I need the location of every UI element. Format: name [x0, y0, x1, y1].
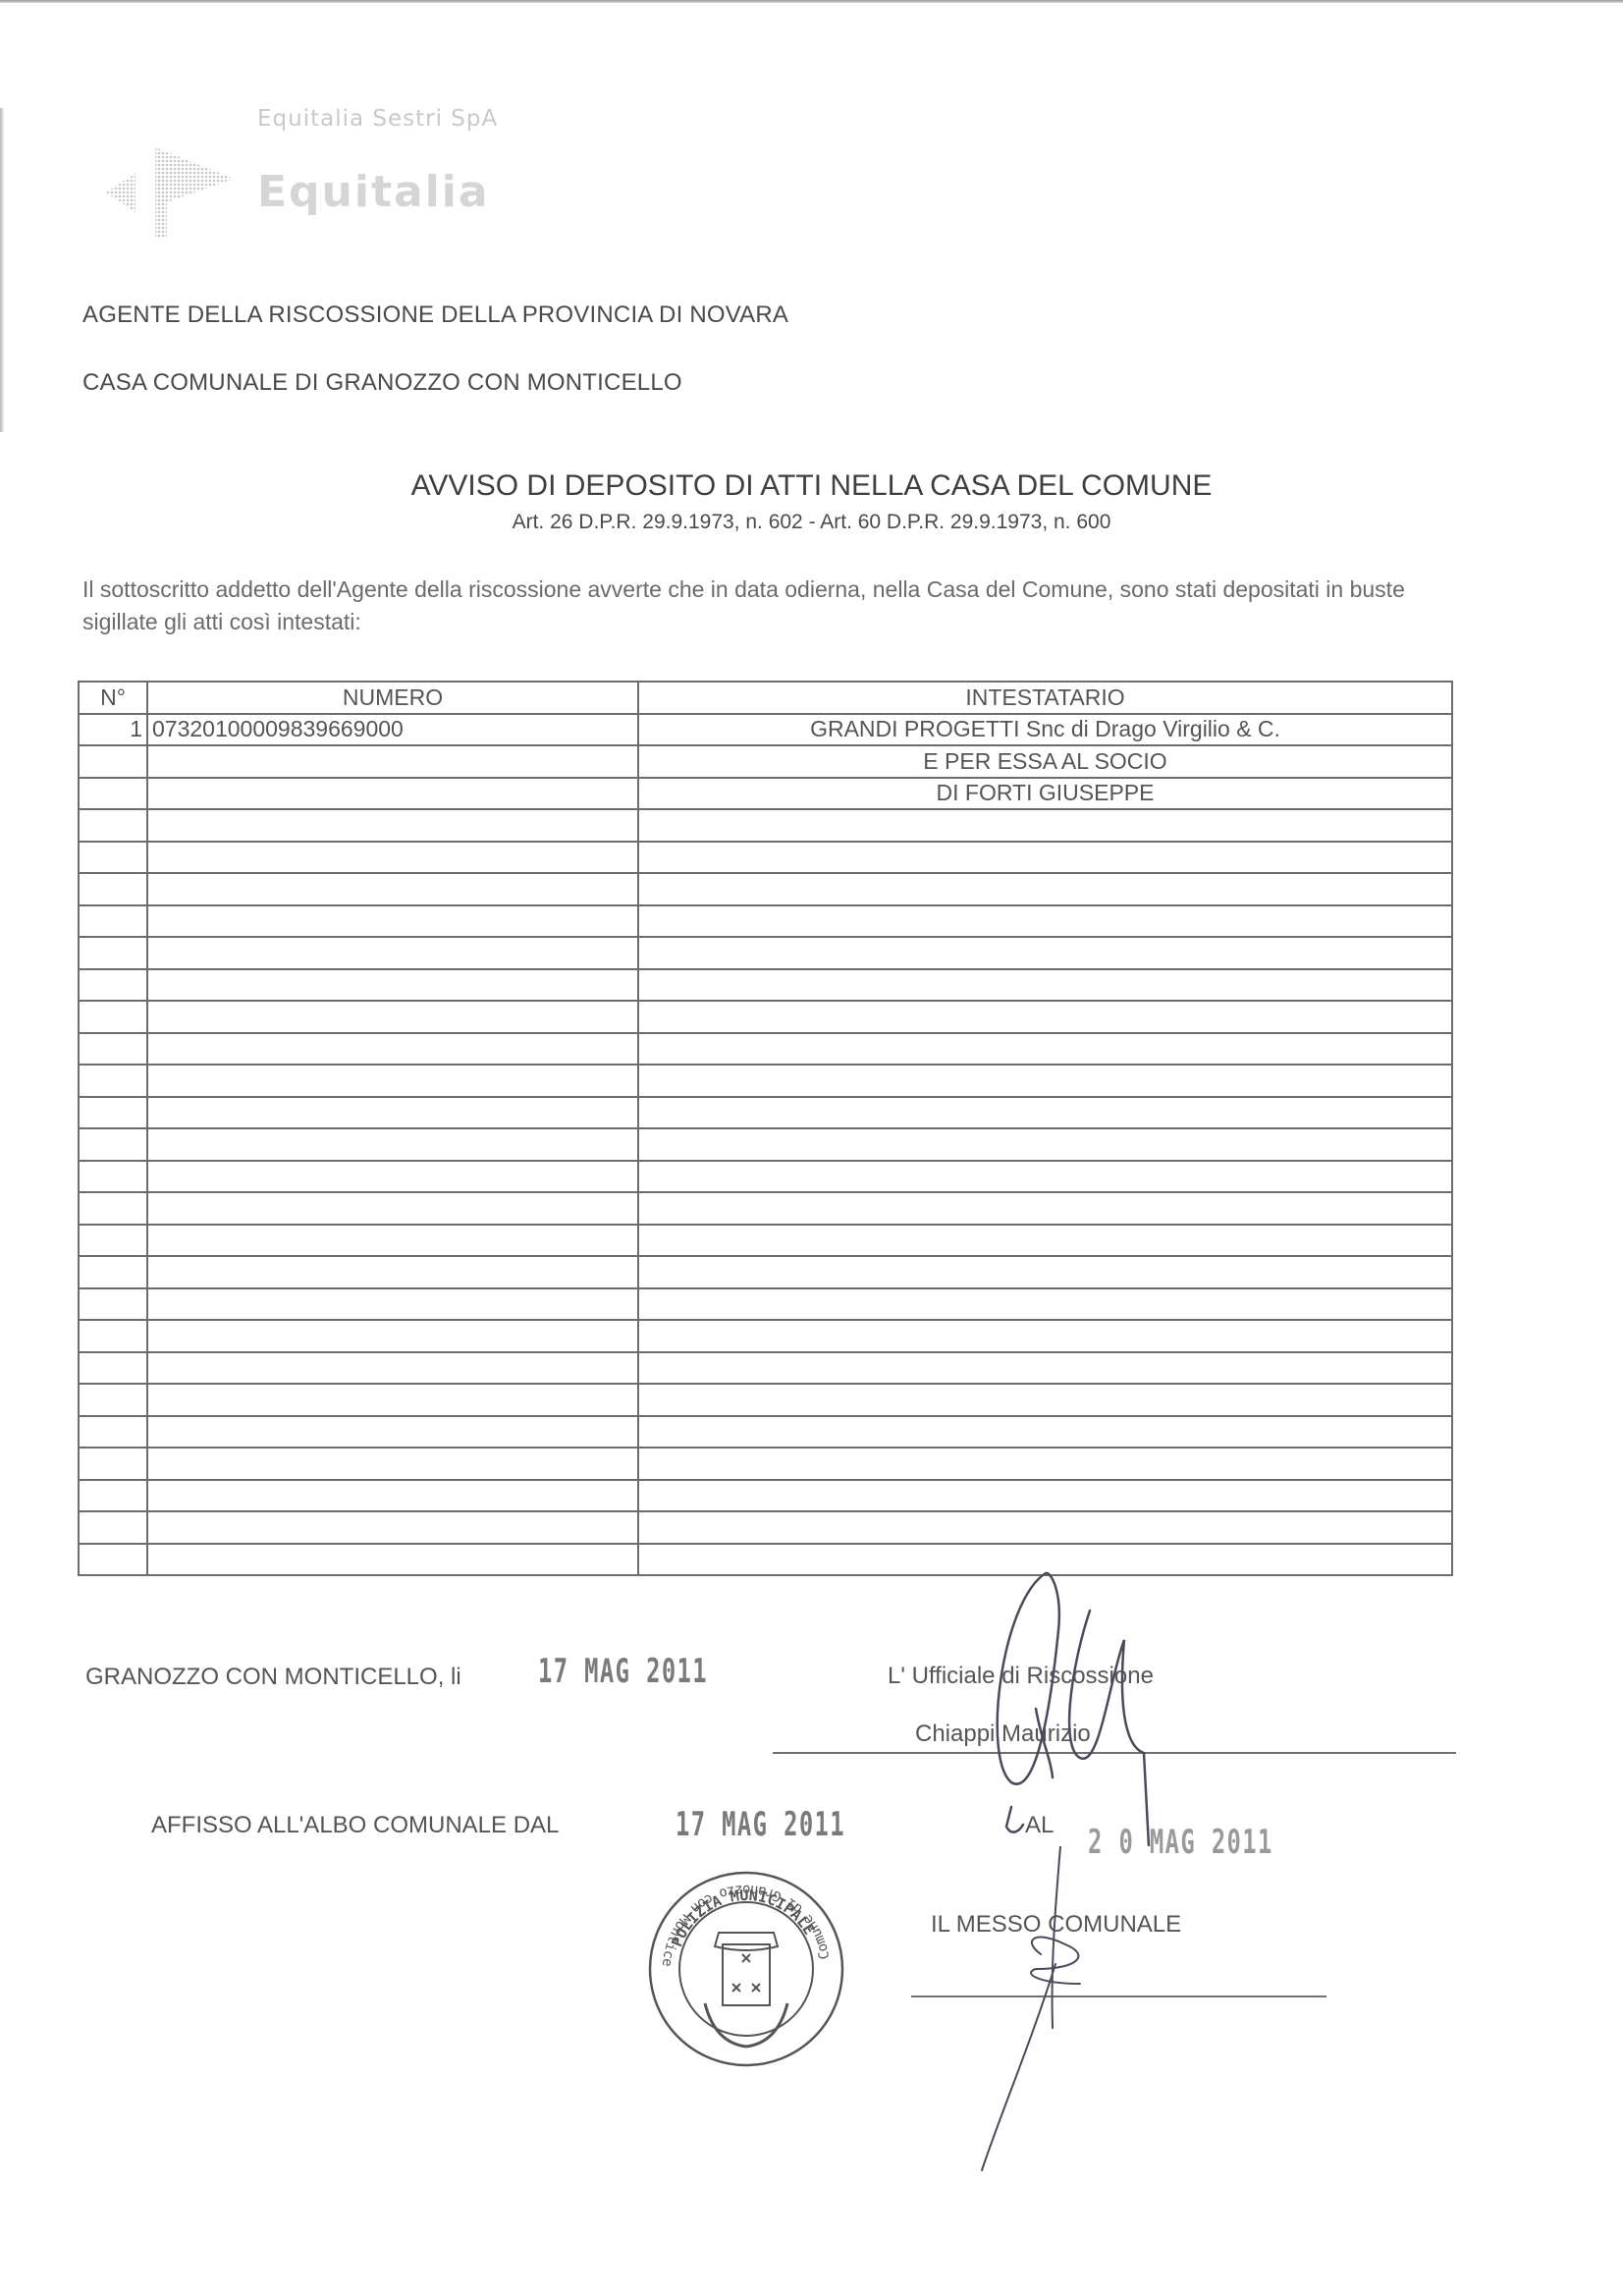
cell-intestatario	[638, 1416, 1452, 1449]
table-row	[79, 1192, 1452, 1225]
table-row	[79, 1544, 1452, 1576]
cell-numero	[147, 1128, 638, 1161]
cell-numero	[147, 842, 638, 874]
cell-intestatario: GRANDI PROGETTI Snc di Drago Virgilio & …	[638, 714, 1452, 746]
cell-n	[79, 1001, 147, 1033]
house-heading: CASA COMUNALE DI GRANOZZO CON MONTICELLO	[82, 369, 682, 397]
cell-n	[79, 873, 147, 905]
cell-numero	[147, 873, 638, 905]
seal-bottom-text: POLIZIA MUNICIPALE	[668, 1886, 818, 1949]
cell-intestatario	[638, 1033, 1452, 1066]
cell-intestatario	[638, 1352, 1452, 1385]
cell-intestatario: DI FORTI GIUSEPPE	[638, 778, 1452, 810]
posted-label: AFFISSO ALL'ALBO COMUNALE DAL	[151, 1812, 559, 1839]
cell-numero	[147, 905, 638, 938]
table-row	[79, 1065, 1452, 1097]
table-row	[79, 1161, 1452, 1193]
cell-n	[79, 1161, 147, 1193]
cell-numero	[147, 1416, 638, 1449]
table-header-row: N° NUMERO INTESTATARIO	[79, 682, 1452, 714]
messenger-handwritten-signature-icon	[943, 1846, 1139, 2180]
cell-numero	[147, 1161, 638, 1193]
cell-numero	[147, 1384, 638, 1416]
cell-numero: 07320100009839669000	[147, 714, 638, 746]
col-header-numero: NUMERO	[147, 682, 638, 714]
col-header-n: N°	[79, 682, 147, 714]
cell-numero	[147, 969, 638, 1002]
cell-intestatario	[638, 1384, 1452, 1416]
posted-from-stamp: 17 MAG 2011	[676, 1805, 845, 1844]
cell-intestatario	[638, 809, 1452, 842]
cell-intestatario: E PER ESSA AL SOCIO	[638, 745, 1452, 778]
cell-n	[79, 1448, 147, 1480]
cell-numero	[147, 1256, 638, 1288]
cell-intestatario	[638, 1288, 1452, 1321]
cell-intestatario	[638, 1256, 1452, 1288]
cell-numero	[147, 778, 638, 810]
brand-name: Equitalia	[257, 167, 490, 217]
cell-numero	[147, 1352, 638, 1385]
cell-numero	[147, 1225, 638, 1257]
cell-intestatario	[638, 1448, 1452, 1480]
document-title: AVVISO DI DEPOSITO DI ATTI NELLA CASA DE…	[0, 469, 1623, 503]
cell-numero	[147, 937, 638, 969]
table-row	[79, 809, 1452, 842]
cell-n	[79, 1384, 147, 1416]
table-row	[79, 937, 1452, 969]
cell-intestatario	[638, 1320, 1452, 1352]
table-row	[79, 1033, 1452, 1066]
cell-intestatario	[638, 842, 1452, 874]
table-row	[79, 1384, 1452, 1416]
table-row	[79, 1128, 1452, 1161]
cell-intestatario	[638, 1511, 1452, 1544]
cell-intestatario	[638, 1161, 1452, 1193]
table-row	[79, 1448, 1452, 1480]
cell-numero	[147, 1320, 638, 1352]
scan-left-edge	[0, 108, 4, 432]
municipal-seal-icon: Comune di Granozzo con Monticello (No) P…	[619, 1866, 874, 2072]
cell-n	[79, 778, 147, 810]
cell-intestatario	[638, 1097, 1452, 1129]
cell-n	[79, 969, 147, 1002]
cell-numero	[147, 1288, 638, 1321]
cell-n	[79, 1065, 147, 1097]
table-row: E PER ESSA AL SOCIO	[79, 745, 1452, 778]
cell-numero	[147, 1001, 638, 1033]
table-row	[79, 1511, 1452, 1544]
cell-n	[79, 1288, 147, 1321]
cell-n	[79, 1352, 147, 1385]
cell-intestatario	[638, 1128, 1452, 1161]
cell-n	[79, 1480, 147, 1512]
cell-numero	[147, 1192, 638, 1225]
agent-heading: AGENTE DELLA RISCOSSIONE DELLA PROVINCIA…	[82, 301, 788, 329]
cell-n	[79, 1225, 147, 1257]
cell-n	[79, 1192, 147, 1225]
cell-numero	[147, 809, 638, 842]
cell-n	[79, 1033, 147, 1066]
cell-n	[79, 745, 147, 778]
document-subtitle: Art. 26 D.P.R. 29.9.1973, n. 602 - Art. …	[0, 511, 1623, 534]
table-row	[79, 1352, 1452, 1385]
cell-numero	[147, 1480, 638, 1512]
cell-intestatario	[638, 1225, 1452, 1257]
officer-handwritten-signature-icon	[943, 1561, 1198, 1846]
table-row	[79, 969, 1452, 1002]
deposit-table: N° NUMERO INTESTATARIO 10732010000983966…	[78, 681, 1453, 1576]
cell-numero	[147, 1097, 638, 1129]
place-label: GRANOZZO CON MONTICELLO, li	[85, 1664, 461, 1691]
table-row	[79, 905, 1452, 938]
cell-n	[79, 842, 147, 874]
cell-n	[79, 937, 147, 969]
cell-numero	[147, 1448, 638, 1480]
cell-n	[79, 1416, 147, 1449]
cell-intestatario	[638, 1192, 1452, 1225]
table-row	[79, 1416, 1452, 1449]
table-row	[79, 873, 1452, 905]
cell-n	[79, 1097, 147, 1129]
table-row	[79, 1320, 1452, 1352]
table-row	[79, 1256, 1452, 1288]
cell-n	[79, 1256, 147, 1288]
cell-intestatario	[638, 1480, 1452, 1512]
svg-text:POLIZIA MUNICIPALE: POLIZIA MUNICIPALE	[668, 1886, 818, 1949]
cell-n	[79, 1544, 147, 1576]
cell-numero	[147, 1511, 638, 1544]
company-name: Equitalia Sestri SpA	[257, 106, 498, 132]
cell-intestatario	[638, 937, 1452, 969]
table-row	[79, 842, 1452, 874]
cell-numero	[147, 745, 638, 778]
cell-n: 1	[79, 714, 147, 746]
cell-intestatario	[638, 905, 1452, 938]
table-row: 107320100009839669000GRANDI PROGETTI Snc…	[79, 714, 1452, 746]
cell-n	[79, 1320, 147, 1352]
table-row	[79, 1097, 1452, 1129]
table-row	[79, 1288, 1452, 1321]
cell-intestatario	[638, 1065, 1452, 1097]
cell-numero	[147, 1544, 638, 1576]
table-row: DI FORTI GIUSEPPE	[79, 778, 1452, 810]
cell-intestatario	[638, 1001, 1452, 1033]
place-date-stamp: 17 MAG 2011	[538, 1652, 708, 1691]
cell-intestatario	[638, 873, 1452, 905]
cell-n	[79, 1511, 147, 1544]
intro-paragraph: Il sottoscritto addetto dell'Agente dell…	[82, 574, 1477, 638]
equitalia-logo-icon	[106, 147, 234, 238]
table-row	[79, 1001, 1452, 1033]
cell-n	[79, 1128, 147, 1161]
col-header-intestatario: INTESTATARIO	[638, 682, 1452, 714]
cell-numero	[147, 1065, 638, 1097]
cell-numero	[147, 1033, 638, 1066]
cell-n	[79, 809, 147, 842]
cell-intestatario	[638, 969, 1452, 1002]
table-row	[79, 1480, 1452, 1512]
scan-top-edge	[0, 0, 1623, 3]
cell-n	[79, 905, 147, 938]
table-row	[79, 1225, 1452, 1257]
